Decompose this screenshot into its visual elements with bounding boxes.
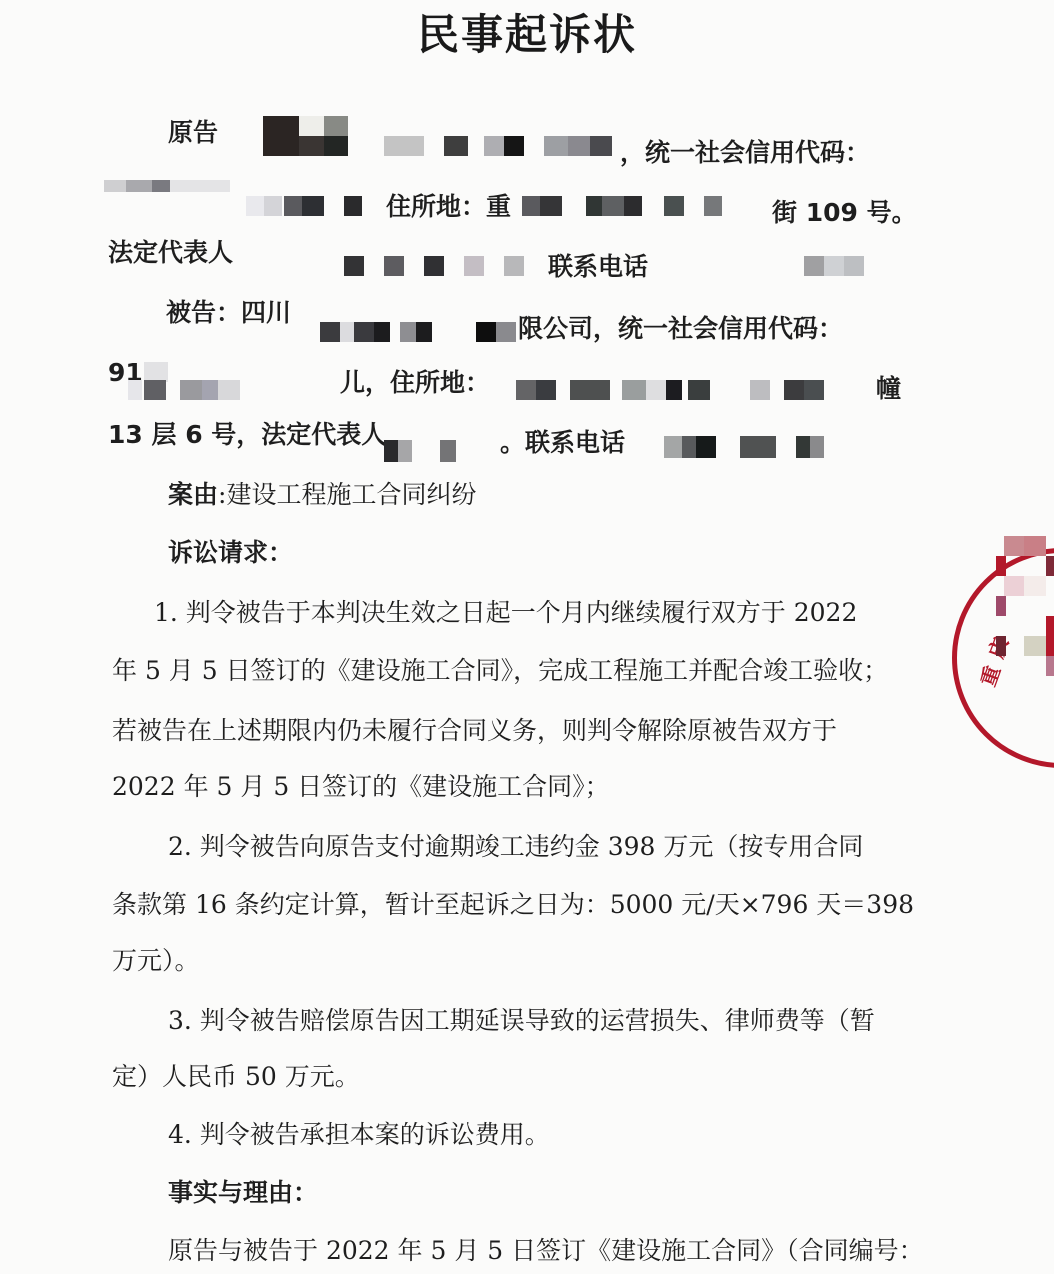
plaintiff-address-suffix: 街 109 号。 [772, 196, 917, 230]
document-title: 民事起诉状 [0, 2, 1054, 62]
claim-1-line-4: 2022 年 5 月 5 日签订的《建设施工合同》； [112, 770, 610, 804]
claims-heading: 诉讼请求： [168, 536, 293, 570]
plaintiff-label: 原告 [168, 116, 218, 150]
plaintiff-address-label: 住所地：重 [386, 190, 511, 224]
defendant-address-floor: 13 层 6 号，法定代表人 [108, 418, 386, 452]
case-cause-label: 案由 [168, 480, 218, 509]
plaintiff-legal-rep-label: 法定代表人 [108, 236, 233, 270]
claim-1-line-2: 年 5 月 5 日签订的《建设施工合同》，完成工程施工并配合竣工验收； [112, 654, 888, 688]
defendant-phone-label: 。联系电话 [500, 426, 625, 460]
facts-first-line: 原告与被告于 2022 年 5 月 5 日签订《建设施工合同》（合同编号： [168, 1234, 924, 1268]
case-cause-value: :建设工程施工合同纠纷 [218, 480, 476, 509]
facts-heading: 事实与理由： [168, 1176, 318, 1210]
claim-4-line-1: 4. 判令被告承担本案的诉讼费用。 [168, 1118, 550, 1152]
claim-3-line-2: 定）人民币 50 万元。 [112, 1060, 360, 1094]
defendant-address-label: 儿，住所地： [340, 366, 490, 400]
claim-1-line-1: 1. 判令被告于本判决生效之日起一个月内继续履行双方于 2022 [154, 596, 857, 630]
defendant-company-suffix: 限公司，统一社会信用代码： [518, 312, 843, 346]
claim-2-line-1: 2. 判令被告向原告支付逾期竣工违约金 398 万元（按专用合同 [168, 830, 863, 864]
seal-char: 重 [972, 661, 1006, 690]
claim-3-line-1: 3. 判令被告赔偿原告因工期延误导致的运营损失、律师费等（暂 [168, 1004, 875, 1038]
case-cause: 案由:建设工程施工合同纠纷 [168, 478, 476, 512]
claim-2-line-2: 条款第 16 条约定计算，暂计至起诉之日为：5000 元/天×796 天＝398 [112, 888, 914, 922]
plaintiff-credit-code-label: ，统一社会信用代码： [620, 136, 870, 170]
claim-1-line-3: 若被告在上述期限内仍未履行合同义务，则判令解除原被告双方于 [112, 714, 837, 748]
claim-2-line-3: 万元）。 [112, 944, 200, 978]
defendant-label: 被告：四川 [166, 296, 291, 330]
scanned-document-page: 民事起诉状 原告 ，统一社会信用代码： 住所地：重 街 109 [0, 0, 1054, 1274]
plaintiff-phone-label: 联系电话 [548, 250, 648, 284]
defendant-address-suffix: 幢 [876, 372, 901, 406]
